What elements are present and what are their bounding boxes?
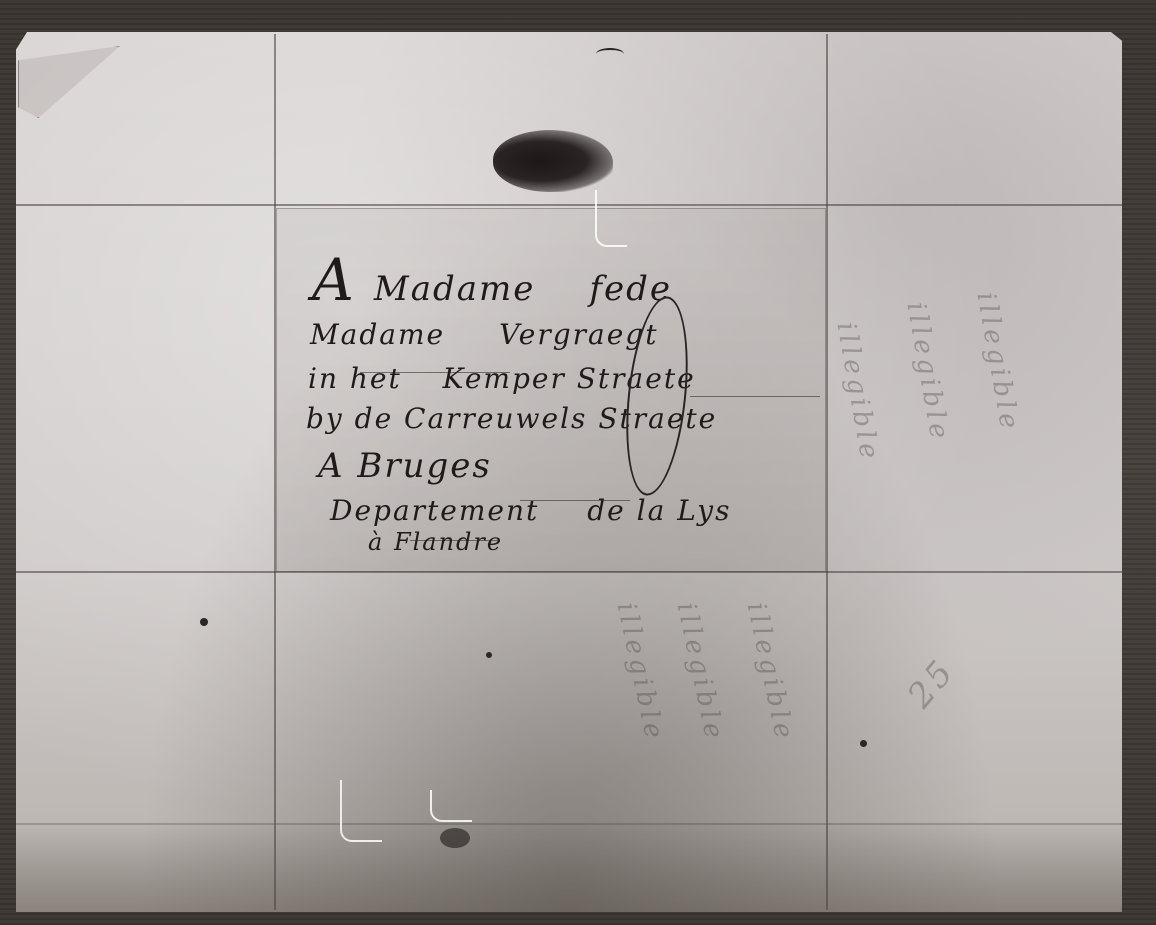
address-prefix: A <box>312 246 356 314</box>
strike-line <box>410 540 500 541</box>
strike-line <box>360 372 510 373</box>
address-salutation: Madame <box>310 318 445 351</box>
address-line-1: AMadamefede <box>312 246 672 314</box>
seal-mark <box>596 48 624 60</box>
region-name: à Flandre <box>368 528 503 556</box>
street-name: Carreuwels <box>404 402 587 435</box>
film-scratch <box>595 190 627 247</box>
address-line-7: à Flandre <box>368 528 503 556</box>
wax-seal <box>493 130 613 192</box>
film-scratch <box>430 790 472 822</box>
address-word: by de <box>306 402 393 435</box>
street-name: Kemper <box>443 362 566 395</box>
department-name: de la Lys <box>587 494 731 527</box>
fold-line-top <box>16 204 1122 206</box>
address-salutation: Madame <box>374 269 535 309</box>
strike-line <box>690 396 820 397</box>
ink-speck <box>440 828 470 848</box>
address-line-6: Departementde la Lys <box>330 494 731 527</box>
department-label: Departement <box>330 494 539 527</box>
fold-line-right <box>826 34 828 910</box>
paper-shadow <box>16 820 1122 912</box>
address-line-5: A Bruges <box>318 446 492 486</box>
recipient-name: Vergraegt <box>499 318 658 351</box>
ink-speck <box>486 652 492 658</box>
address-prefix: A <box>318 446 345 486</box>
address-word: in het <box>308 362 402 395</box>
address-line-2: MadameVergraegt <box>310 318 658 351</box>
ink-speck <box>860 740 867 747</box>
city-name: Bruges <box>357 446 491 486</box>
film-scratch <box>340 780 382 842</box>
ink-speck <box>200 618 208 626</box>
strike-line <box>520 500 630 501</box>
